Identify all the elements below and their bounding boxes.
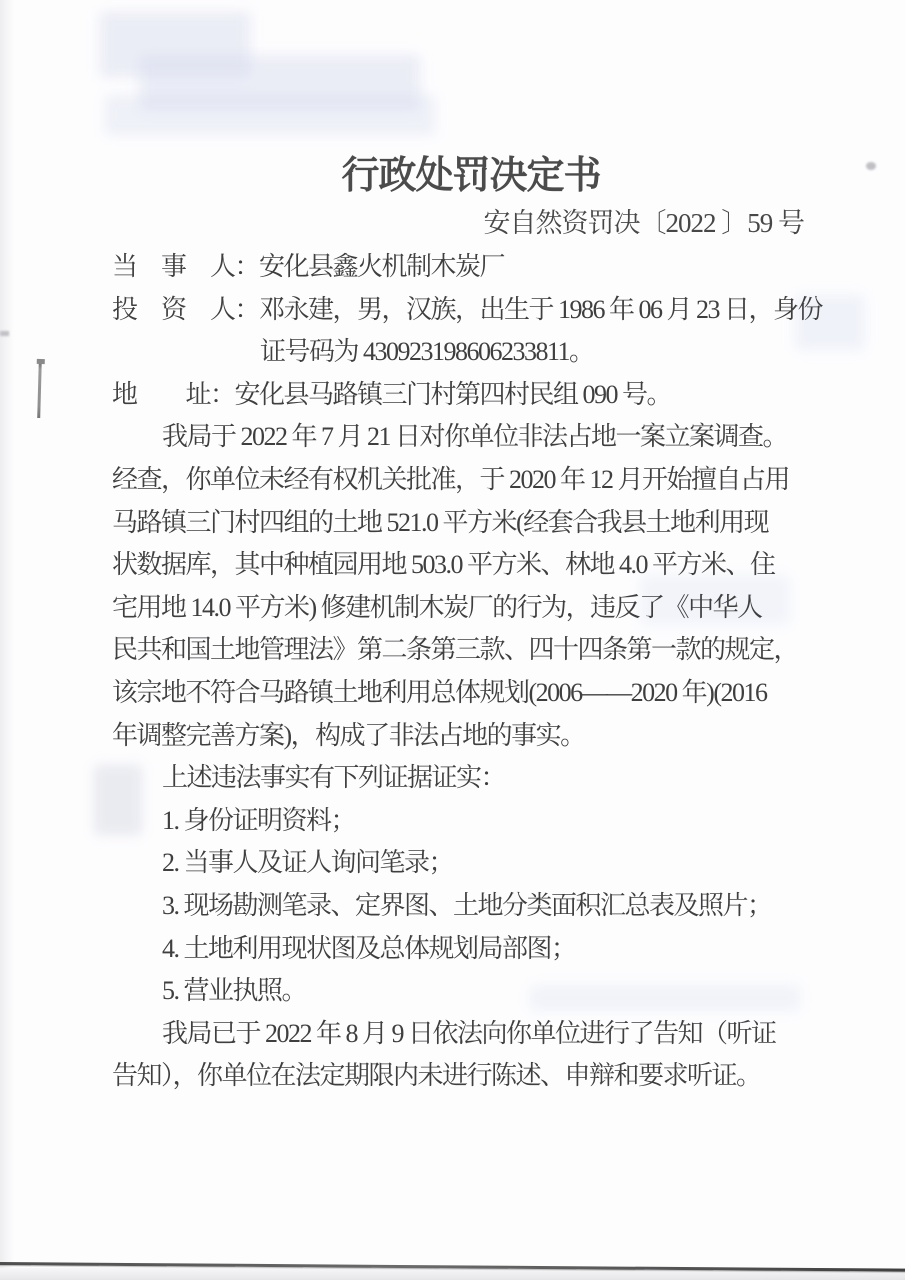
- text-line: 宅用地 14.0 平方米) 修建机制木炭厂的行为，违反了《中华人: [112, 587, 812, 630]
- text-line: 2. 当事人及证人询问笔录；: [112, 842, 812, 885]
- bleedthrough-mark: [105, 95, 435, 135]
- text-line: 3. 现场勘测笔录、定界图、土地分类面积汇总表及照片；: [112, 885, 812, 928]
- text-line: 马路镇三门村四组的土地 521.0 平方米(经套合我县土地利用现: [112, 502, 812, 545]
- text-line: 我局已于 2022 年 8 月 9 日依法向你单位进行了告知（听证: [112, 1013, 812, 1056]
- text-line: 民共和国土地管理法》第二条第三款、四十四条第一款的规定，: [112, 629, 812, 672]
- text-line: 证号码为 430923198606233811。: [112, 331, 812, 374]
- scanned-document-page: 行政处罚决定书 安自然资罚决〔2022 〕59 号 当 事 人：安化县鑫火机制木…: [0, 0, 905, 1280]
- page-left-shading: [0, 0, 14, 1280]
- text-line: 5. 营业执照。: [112, 970, 812, 1013]
- text-line: 告知），你单位在法定期限内未进行陈述、申辩和要求听证。: [112, 1055, 812, 1098]
- text-line: 我局于 2022 年 7 月 21 日对你单位非法占地一案立案调查。: [112, 416, 812, 459]
- document-title: 行政处罚决定书: [126, 144, 816, 199]
- text-line: 状数据库，其中种植园用地 503.0 平方米、林地 4.0 平方米、住: [112, 544, 812, 587]
- text-line: 4. 土地利用现状图及总体规划局部图；: [112, 928, 812, 971]
- scan-speck: [866, 162, 876, 170]
- text-line: 年调整完善方案)，构成了非法占地的事实。: [112, 715, 812, 758]
- text-line: 1. 身份证明资料；: [112, 800, 812, 843]
- text-line: 上述违法事实有下列证据证实：: [112, 757, 812, 800]
- text-line: 投 资 人：邓永建，男，汉族，出生于 1986 年 06 月 23 日，身份: [112, 289, 812, 332]
- case-number: 安自然资罚决〔2022 〕59 号: [112, 201, 804, 240]
- staple-head: [37, 359, 45, 364]
- text-line: 经查，你单位未经有权机关批准，于 2020 年 12 月开始擅自占用: [112, 459, 812, 502]
- staple-mark: [37, 361, 42, 418]
- text-line: 地 址：安化县马路镇三门村第四村民组 090 号。: [112, 374, 812, 417]
- document-body: 当 事 人：安化县鑫火机制木炭厂投 资 人：邓永建，男，汉族，出生于 1986 …: [112, 246, 812, 1098]
- text-line: 该宗地不符合马路镇土地利用总体规划(2006——2020 年)(2016: [112, 672, 812, 715]
- text-line: 当 事 人：安化县鑫火机制木炭厂: [112, 246, 812, 289]
